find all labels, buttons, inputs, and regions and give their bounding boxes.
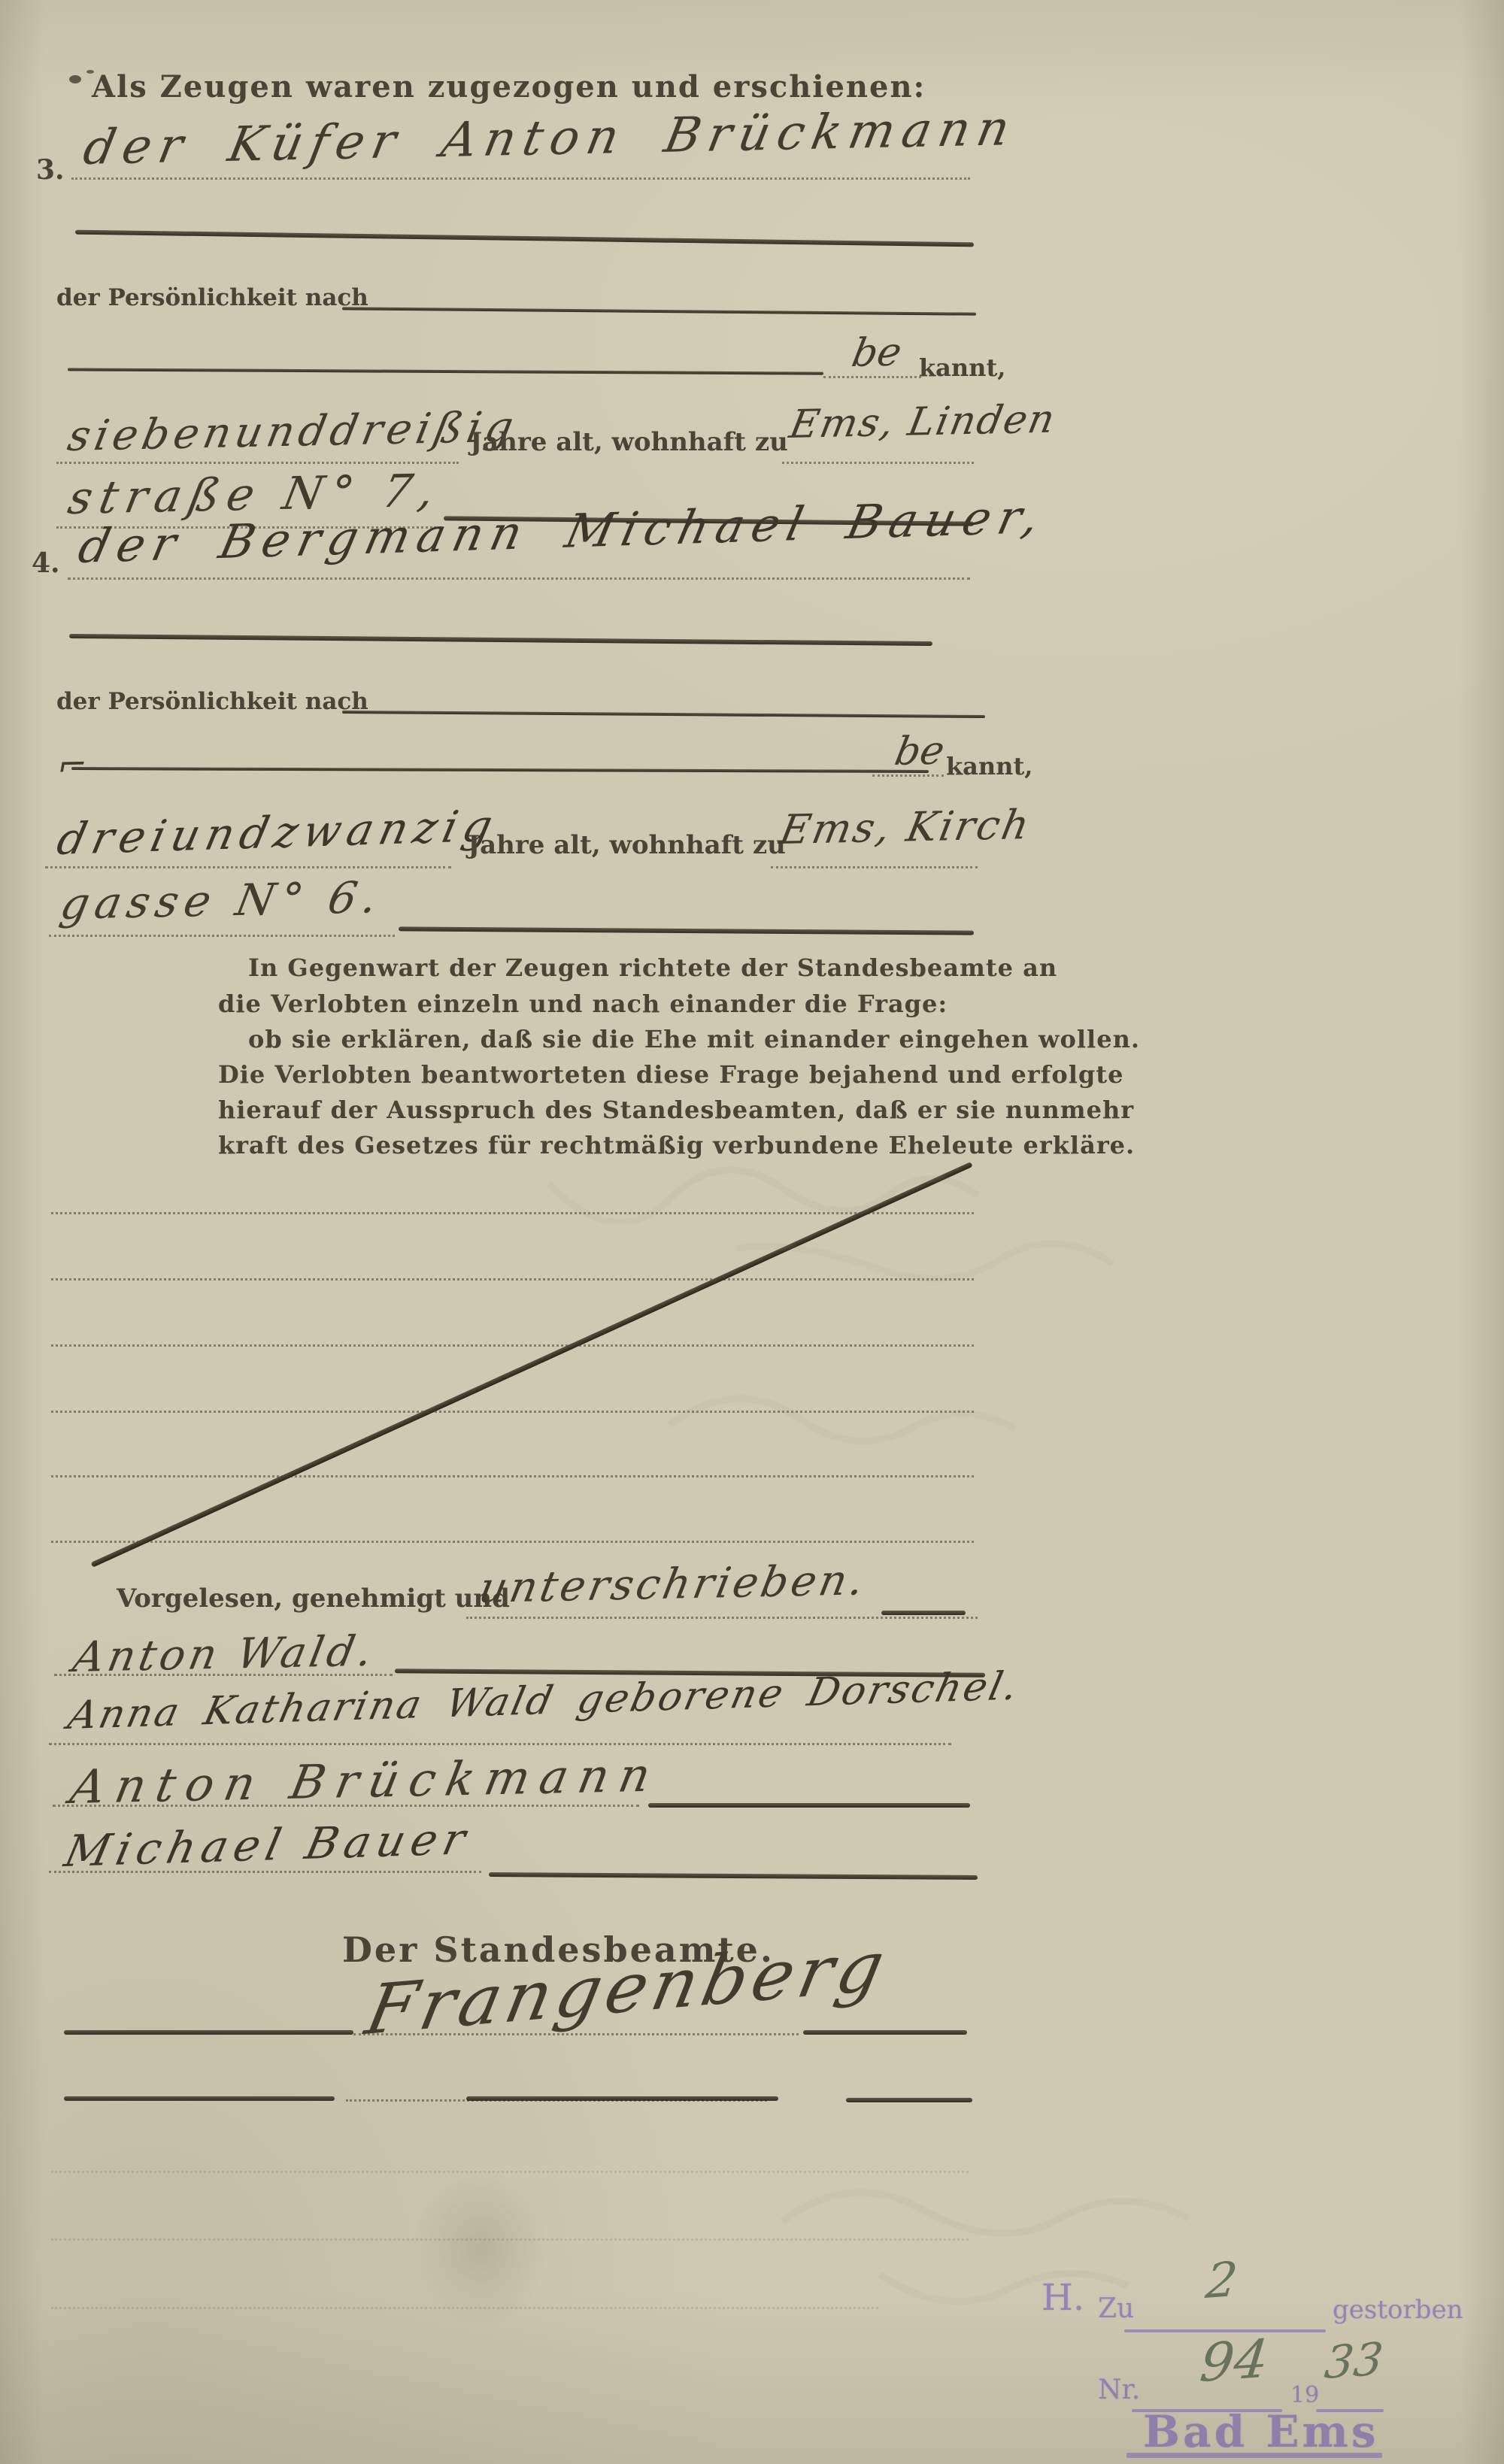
stamp-h-label: H. [1042, 2277, 1084, 2319]
stamp-nr-label: Nr. [1098, 2375, 1140, 2405]
bleed-through-ghost [0, 0, 1504, 2464]
stamp-zu-label: Zu [1098, 2293, 1134, 2324]
stamp-nr-value-handwritten: 94 [1197, 2328, 1272, 2394]
stamp-underline [1126, 2453, 1382, 2458]
stamp-place-name: Bad Ems [1143, 2406, 1379, 2457]
stamp-h-value-handwritten: 2 [1203, 2252, 1240, 2310]
stamp-gestorben-label: gestorben [1333, 2295, 1463, 2325]
stamp-year-prefix: 19 [1290, 2382, 1319, 2408]
scanned-marriage-register-page: Als Zeugen waren zugezogen und erschiene… [0, 0, 1504, 2464]
stamp-year-value-handwritten: 33 [1322, 2333, 1386, 2390]
